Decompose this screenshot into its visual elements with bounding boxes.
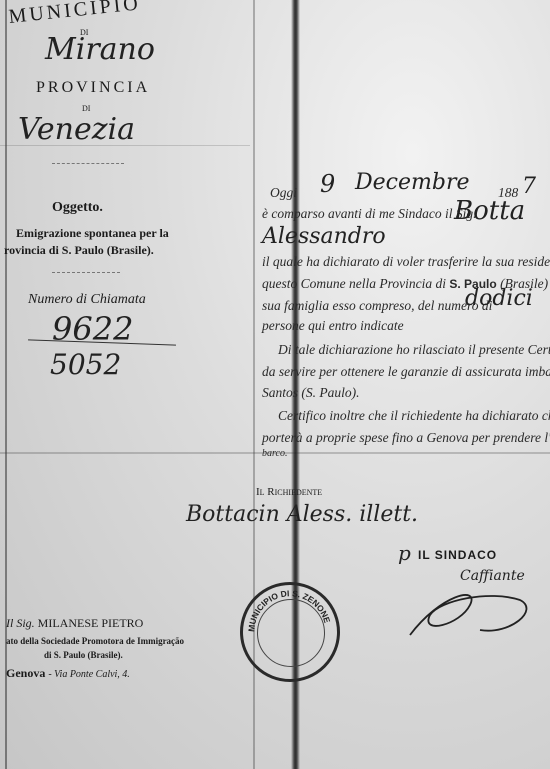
secondary-number: 5052 xyxy=(50,348,121,381)
body-line-11: porterà a proprie spese fino a Genova pe… xyxy=(262,430,550,446)
body-line-8: da servire per ottenere le garanzie di a… xyxy=(262,364,550,380)
divider xyxy=(52,163,124,164)
footer-line-3: di S. Paulo (Brasile). xyxy=(44,650,123,660)
body-line-9: Santos (S. Paulo). xyxy=(262,385,360,401)
comune-handwritten: Mirano xyxy=(45,32,155,67)
footer-address: - Via Ponte Calvi, 4. xyxy=(48,669,129,680)
sindaco-label: IL SINDACO xyxy=(418,548,497,562)
seal-text: MUNICIPIO DI S. ZENONE xyxy=(246,588,332,632)
sindaco-signature-text: Caffiante xyxy=(460,568,525,584)
date-month: Decembre xyxy=(355,170,469,195)
oggetto-line-2: rovincia di S. Paulo (Brasile). xyxy=(4,243,154,258)
emigration-certificate: MUNICIPIO DI Mirano PROVINCIA DI Venezia… xyxy=(0,0,550,769)
body-line-3: il quale ha dichiarato di voler trasferi… xyxy=(262,254,550,270)
date-prefix: Oggi xyxy=(270,185,297,201)
body-line-4a: questo Comune nella Provincia di xyxy=(262,276,446,291)
richiedente-label: Il Richiedente xyxy=(256,486,322,498)
paper-edge xyxy=(5,0,7,769)
oggetto-label: Oggetto. xyxy=(52,200,103,216)
body-line-7: Di tale dichiarazione ho rilasciato il p… xyxy=(278,342,550,358)
oggetto-line-1: Emigrazione spontanea per la xyxy=(16,226,169,241)
divider xyxy=(52,272,120,273)
footer-line-1: Il Sig. MILANESE PIETRO xyxy=(6,616,143,631)
svg-text:MUNICIPIO DI S. ZENONE: MUNICIPIO DI S. ZENONE xyxy=(246,588,332,632)
municipal-seal: MUNICIPIO DI S. ZENONE xyxy=(240,582,340,682)
seal-text-icon: MUNICIPIO DI S. ZENONE xyxy=(243,585,337,679)
provincia-heading: PROVINCIA xyxy=(36,79,150,97)
given-name-handwritten: Alessandro xyxy=(262,224,386,249)
date-day: 9 xyxy=(320,170,335,198)
family-count-handwritten: dodici xyxy=(465,286,533,311)
body-line-12: barco. xyxy=(262,448,287,459)
footer-line-4: Genova - Via Ponte Calvi, 4. xyxy=(6,666,130,681)
body-line-5: sua famiglia esso compreso, del numero d… xyxy=(262,298,492,314)
body-line-10: Certifico inoltre che il richiedente ha … xyxy=(278,408,550,424)
sindaco-prefix: p xyxy=(398,541,411,565)
footer-city: Genova xyxy=(6,666,45,680)
footer-sig-prefix: Il Sig. xyxy=(6,616,35,630)
numero-label: Numero di Chiamata xyxy=(28,292,146,308)
municipio-heading: MUNICIPIO xyxy=(8,0,142,29)
body-line-6: persone qui entro indicate xyxy=(262,318,404,334)
richiedente-signature: Bottacin Aless. illett. xyxy=(186,502,418,527)
sindaco-signature xyxy=(400,575,550,649)
footer-agent-name: MILANESE PIETRO xyxy=(38,616,144,630)
provincia-handwritten: Venezia xyxy=(18,112,135,147)
signature-flourish-icon xyxy=(400,575,550,645)
surname-handwritten: Botta xyxy=(454,196,525,226)
body-line-1: è comparso avanti di me Sindaco il Sig. xyxy=(262,206,476,222)
footer-line-2: ato della Sociedade Promotora de Immigra… xyxy=(6,636,184,646)
